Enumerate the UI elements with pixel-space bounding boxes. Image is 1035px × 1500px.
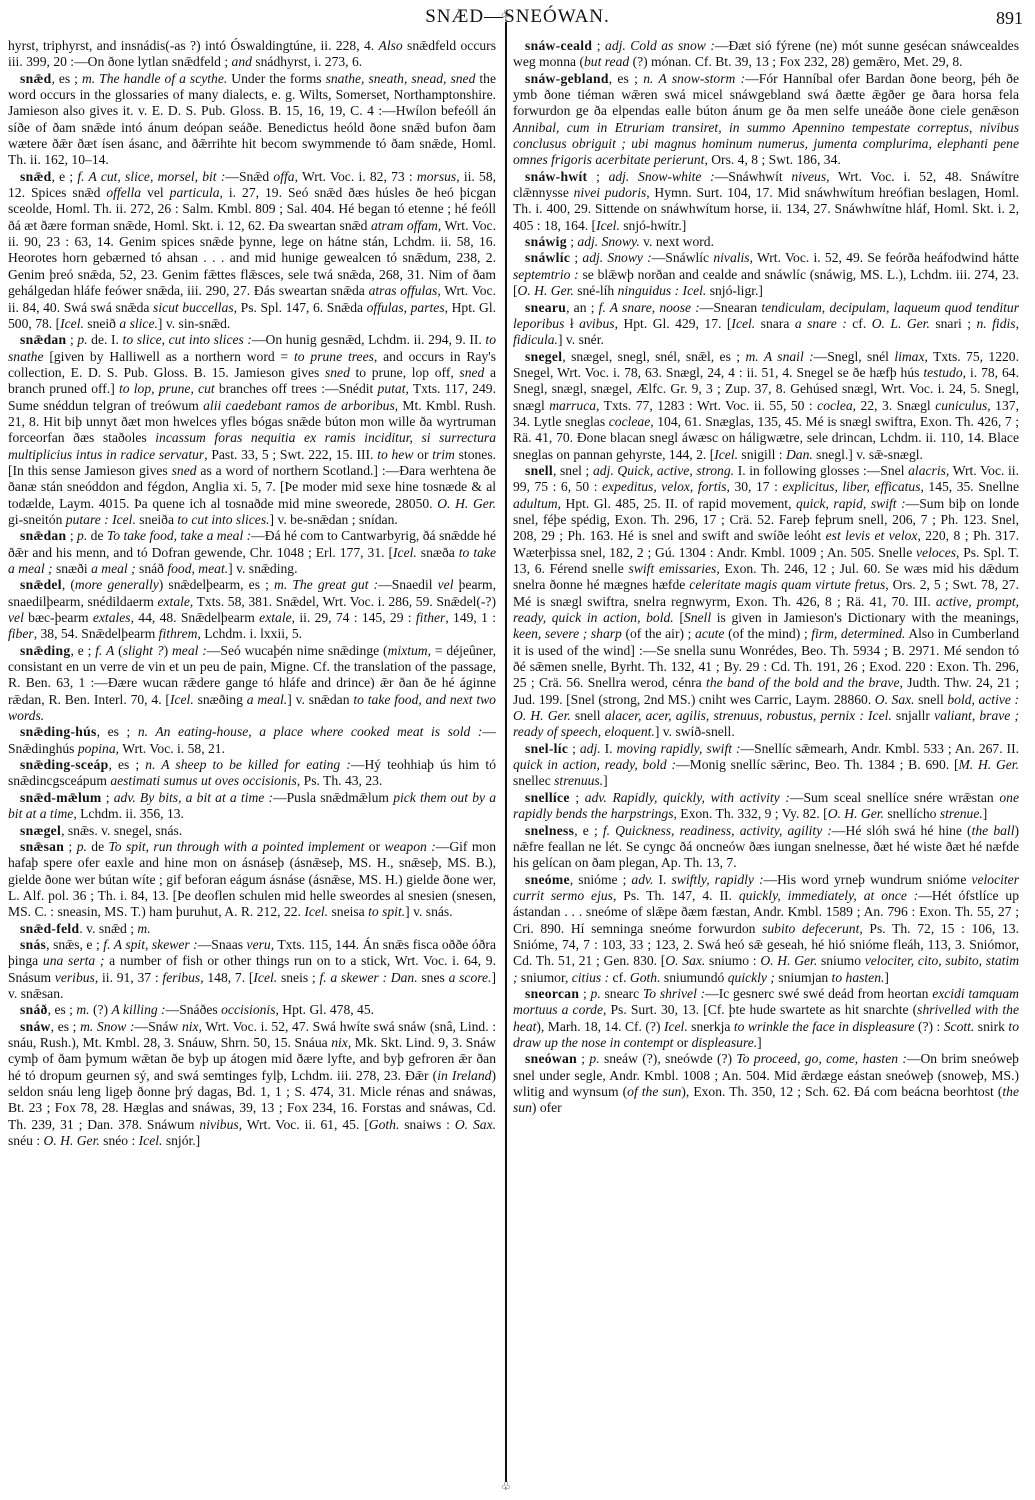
dictionary-entry: snǣdan ; p. de To take food, take a meal… (8, 528, 496, 577)
entry-text: ) ofer (532, 1100, 562, 1115)
headword: snǣd-feld (20, 921, 79, 936)
entry-text: alacer, acer, agilis, strenuus, robustus… (605, 708, 892, 723)
entry-text: p. (77, 839, 87, 854)
entry-text: to prune trees (294, 349, 374, 364)
entry-text: Also (379, 38, 403, 53)
dictionary-entry: snel-líc ; adj. I. moving rapidly, swift… (513, 741, 1019, 790)
entry-text: gi-sneitón (8, 512, 66, 527)
entry-text: una serta ; (43, 953, 105, 968)
dictionary-entry: snǣding-hús, es ; n. An eating-house, a … (8, 724, 496, 757)
entry-text: ; (570, 250, 582, 265)
dictionary-entry: hyrst, triphyrst, and insnádis(-as ?) in… (8, 38, 496, 71)
entry-text: n. A snow-storm : (643, 71, 745, 86)
entry-text: fithrem (159, 626, 198, 641)
dictionary-entry: snáwlíc ; adj. Snowy :—Snáwlíc nivalis, … (513, 250, 1019, 299)
entry-text: ninguidus : Icel. (618, 283, 707, 298)
entry-text: f. A spit, skewer : (103, 937, 197, 952)
entry-text: p. (591, 986, 601, 1001)
entry-text: —Sum sceal snellíce snére wrǣstan (790, 790, 999, 805)
entry-text: moving rapidly, swift : (616, 741, 740, 756)
dictionary-entry: snearu, an ; f. A snare, noose :—Snearan… (513, 300, 1019, 349)
entry-text: , Txts. 58, 381. Snǣdel, Wrt. Voc. i. 28… (190, 594, 496, 609)
entry-text: —Snáwlíc (652, 250, 714, 265)
entry-text: swiftly, rapidly : (671, 872, 763, 887)
entry-text: To take food, take a meal : (107, 528, 251, 543)
entry-text: swift emissaries (629, 561, 717, 576)
entry-text: to hew (377, 447, 413, 462)
entry-text: (?) : (915, 1019, 944, 1034)
headword: snáwig (525, 234, 567, 249)
entry-text: , es ; (609, 71, 644, 86)
entry-text: snathe, sneath, snead, sned (326, 71, 476, 86)
entry-text: O. H. Ger. (44, 1133, 100, 1148)
entry-text: citius : (572, 970, 609, 985)
entry-text: occisionis (221, 1002, 275, 1017)
entry-text: m. A snail : (745, 349, 813, 364)
entry-text: ] v. snér. (558, 332, 604, 347)
entry-text: offella (106, 185, 141, 200)
entry-text: sniumo : (705, 953, 760, 968)
entry-text: to prune, lop off, (350, 365, 460, 380)
entry-text: to cut into slices. (177, 512, 269, 527)
entry-text: m. (137, 921, 150, 936)
entry-text: alii caedebant ramos de arboribus (203, 398, 395, 413)
entry-text: , Txts. 77, 1283 : Wrt. Voc. ii. 55, 50 … (596, 398, 817, 413)
entry-text: a slice. (119, 316, 158, 331)
entry-text: m. Snow : (80, 1019, 134, 1034)
entry-text: Icel. (714, 447, 738, 462)
entry-text: —Snearan (700, 300, 762, 315)
entry-text: cocleae (609, 414, 651, 429)
entry-text: , Lchdm. i. lxxii, 5. (197, 626, 302, 641)
right-column: snáw-ceald ; adj. Cold as snow :—Ðæt sió… (513, 38, 1019, 1117)
entry-text: , Lchdm. ii. 356, 13. (73, 806, 184, 821)
dictionary-entry: snáð, es ; m. (?) A killing :—Snáðes occ… (8, 1002, 496, 1018)
entry-text: —Ic gesnerc swé swé deád from heortan (705, 986, 932, 1001)
ornament-icon: ♧ (500, 1480, 512, 1492)
dictionary-entry: snǣdel, (more generally) snǣdelþearm, es… (8, 577, 496, 642)
entry-text: sned (459, 365, 484, 380)
entry-text: ; (579, 986, 590, 1001)
entry-text: sneisa (328, 904, 368, 919)
entry-text: , Ps. Th. 147, 4. II. (613, 888, 739, 903)
entry-text: septemtrio : (513, 267, 579, 282)
entry-text: ), Exon. Th. 350, 12 ; Sch. 62. Ðá com b… (681, 1084, 1002, 1099)
entry-text: nix (182, 1019, 199, 1034)
entry-text: fiber (8, 626, 34, 641)
entry-text: sniumo (817, 953, 865, 968)
entry-text: putat (378, 381, 406, 396)
entry-text: snæðing (194, 692, 247, 707)
entry-text: atras offulas (369, 283, 438, 298)
entry-text: , es ; (109, 757, 146, 772)
entry-text: sicut buccellas (153, 300, 234, 315)
entry-text: snjór.] (162, 1133, 200, 1148)
entry-text: , 30, 17 : (727, 479, 783, 494)
column-divider (505, 22, 507, 1482)
entry-text: p. (77, 528, 87, 543)
entry-text: snirk (974, 1019, 1008, 1034)
entry-text: or (673, 1035, 691, 1050)
entry-text: O. H. Ger. (518, 283, 574, 298)
entry-text: snæða (417, 545, 459, 560)
entry-text: snjó-ligr.] (706, 283, 763, 298)
entry-text: O. Sax. (665, 953, 705, 968)
entry-text: ; (66, 332, 77, 347)
entry-text: ; (592, 38, 605, 53)
entry-text: Icel. (731, 316, 755, 331)
entry-text: ; (587, 169, 608, 184)
page-header: SNÆD—SNEÓWAN. 891 (0, 0, 1035, 30)
entry-text: ] v. snás. (405, 904, 452, 919)
dictionary-entry: snellíce ; adv. Rapidly, quickly, with a… (513, 790, 1019, 823)
entry-text: , Wrt. Voc. i. 52, 49. Se feórða heáfodw… (750, 250, 1019, 265)
entry-text: —Seó wucaþén nime snǣdinge ( (207, 643, 388, 658)
headword: snǣdan (20, 528, 66, 543)
entry-text: snjó-hwítr.] (620, 218, 686, 233)
entry-text: adv. By bits, a bit at a time : (114, 790, 273, 805)
dictionary-entry: snǣding-sceáp, es ; n. A sheep to be kil… (8, 757, 496, 790)
entry-text: ; (577, 1051, 589, 1066)
entry-text: to spit. (368, 904, 405, 919)
entry-text: , Ps. Th. 43, 23. (297, 773, 382, 788)
entry-text: , 44, 48. Snǣdelþearm (131, 610, 260, 625)
entry-text: snerkja (688, 1019, 734, 1034)
entry-text: Goth. (630, 970, 661, 985)
entry-text: To shrivel : (643, 986, 705, 1001)
entry-text: vel (8, 610, 24, 625)
headword: snǣd-mǣlum (20, 790, 102, 805)
entry-text: f. Quickness, readiness, activity, agili… (603, 823, 832, 838)
headword: snáw (20, 1019, 51, 1034)
entry-text: Icel. (170, 692, 194, 707)
entry-text: Icel. (253, 970, 277, 985)
entry-text: Icel. (139, 1133, 163, 1148)
column-rule: ♧ ♧ (505, 8, 507, 1486)
entry-text: a meal. (247, 692, 287, 707)
entry-text: , snel ; (553, 463, 593, 478)
entry-text: , Exon. Th. 332, 9 ; Vy. 82. [ (673, 806, 827, 821)
entry-text: nivibus (199, 1117, 238, 1132)
entry-text: snéo : (100, 1133, 139, 1148)
entry-text: I. (601, 741, 617, 756)
dictionary-entry: snǣsan ; p. de To spit, run through with… (8, 839, 496, 921)
entry-text: [ (674, 610, 684, 625)
entry-text: de. I. (88, 332, 123, 347)
entry-text: , snǣs. v. snegel, snás. (61, 823, 182, 838)
entry-text: sniumundó (661, 970, 728, 985)
entry-text: , Wrt. Voc. ii. 61, 45. [ (239, 1117, 369, 1132)
entry-text: , 149, 1 : (445, 610, 496, 625)
entry-text: f. A snare, noose : (599, 300, 700, 315)
entry-text: , an ; (566, 300, 599, 315)
headword: sneorcan (525, 986, 579, 1001)
entry-text: —Snellíc sǣmearh, Andr. Kmbl. 533 ; An. … (740, 741, 1019, 756)
headword: snǣding (20, 643, 70, 658)
entry-text: cf. (609, 970, 630, 985)
entry-text: To spit, run through with a pointed impl… (109, 839, 365, 854)
entry-text: morsus (417, 169, 456, 184)
entry-text: (of the mind) ; (724, 626, 811, 641)
entry-text: O. L. Ger. (872, 316, 930, 331)
entry-text: cuniculus (935, 398, 987, 413)
entry-text: O. Sax. (455, 1117, 496, 1132)
headword: snǣd (20, 71, 51, 86)
entry-text: adv. (631, 872, 653, 887)
entry-text: a snare : (795, 316, 847, 331)
entry-text: (?) mónan. Cf. Bt. 39, 13 ; Fox 232, 28)… (629, 54, 962, 69)
entry-text: , es ; (97, 724, 138, 739)
entry-text: , e ; (574, 823, 603, 838)
entry-text: sniumor, (518, 970, 572, 985)
entry-text: , 22, 3. Snægl (853, 398, 936, 413)
entry-text: ] v. snǣdan (287, 692, 353, 707)
entry-text: , es ; (51, 71, 82, 86)
dictionary-entry: snǣd, e ; f. A cut, slice, morsel, bit :… (8, 169, 496, 332)
entry-text: n. A sheep to be killed for eating : (145, 757, 351, 772)
entry-text: extale (259, 610, 291, 625)
entry-text: O. Sax. (875, 692, 915, 707)
entry-text: nivei pudoris (574, 185, 647, 200)
entry-text: meal : (172, 643, 207, 658)
entry-text: ] v. swíð-snell. (655, 724, 735, 739)
entry-text: —Hé slóh swá hé hine ( (832, 823, 972, 838)
headword: snellíce (525, 790, 570, 805)
entry-text: strenuus. (554, 773, 603, 788)
entry-text: alacris (908, 463, 946, 478)
dictionary-entry: snás, snǣs, e ; f. A spit, skewer :—Snaa… (8, 937, 496, 1002)
entry-text: , ii. 29, 74 : 145, 29 : (292, 610, 416, 625)
entry-text: or (413, 447, 432, 462)
headword: sneóme (525, 872, 570, 887)
entry-text: ] (757, 1035, 762, 1050)
entry-text: I. (653, 872, 671, 887)
entry-text: but read (584, 54, 629, 69)
entry-text: , snǣs, e ; (46, 937, 103, 952)
headword: snegel (525, 349, 562, 364)
entry-text: coclea (817, 398, 852, 413)
entry-text: ; (64, 839, 77, 854)
headword: snáw-gebland (525, 71, 609, 86)
entry-text: , Ps. Spl. 147, 6. Snǣda (234, 300, 367, 315)
entry-text: snell (915, 692, 948, 707)
entry-text: adj. (580, 741, 601, 756)
entry-text: m. The great gut : (274, 577, 378, 592)
entry-text: strenue. (940, 806, 983, 821)
entry-text: , Wrt. Voc. i. 58, 21. (116, 741, 225, 756)
left-column: hyrst, triphyrst, and insnádis(-as ?) in… (8, 38, 496, 1149)
entry-text: snegl.] v. sǣ-snægl. (813, 447, 923, 462)
entry-text: sniumjan (775, 970, 832, 985)
entry-text: adj. Snow-white : (609, 169, 715, 184)
entry-text: , e ; (70, 643, 95, 658)
headword: snǣdan (20, 332, 66, 347)
entry-text: quick, rapid, swift : (796, 496, 906, 511)
entry-text: offa (273, 169, 294, 184)
entry-text: de (87, 528, 107, 543)
entry-text: f. a skewer : Dan. (319, 970, 417, 985)
entry-text: , es ; (51, 1019, 80, 1034)
entry-text: —Snáðes (166, 1002, 222, 1017)
entry-text: ] (983, 806, 988, 821)
entry-text: ; (567, 234, 578, 249)
entry-text: —Snaedil (378, 577, 437, 592)
entry-text: Goth. (369, 1117, 400, 1132)
entry-text: I. in following glosses :—Snel (734, 463, 908, 478)
entry-text: , snægel, snegl, snél, snǣl, es ; (562, 349, 745, 364)
entry-text: or (364, 839, 384, 854)
entry-text: snaiws : (399, 1117, 455, 1132)
entry-text: ; (568, 741, 580, 756)
entry-text: sned (325, 365, 350, 380)
headword: snǣdel (20, 577, 62, 592)
headword: sneówan (525, 1051, 577, 1066)
entry-text: Icel. (664, 1019, 688, 1034)
entry-text: de (87, 839, 109, 854)
entry-text: fither (416, 610, 445, 625)
entry-text: and (232, 54, 252, 69)
entry-text: , e ; (51, 169, 77, 184)
entry-text: Scott. (944, 1019, 975, 1034)
entry-text: the band of the bold and the brave (706, 675, 899, 690)
headword: snǣd (20, 169, 51, 184)
entry-text: adj. Snowy. (577, 234, 639, 249)
dictionary-entry: sneówan ; p. sneáw (?), sneówde (?) To p… (513, 1051, 1019, 1116)
entry-text: a meal ; (91, 561, 136, 576)
entry-text: , snióme ; (570, 872, 632, 887)
entry-text: ł (564, 316, 579, 331)
dictionary-entry: sneóme, snióme ; adv. I. swiftly, rapidl… (513, 872, 1019, 986)
entry-text: quickly, immediately, at once : (739, 888, 918, 903)
entry-text: slight ? (123, 643, 164, 658)
entry-text: sneiða (136, 512, 178, 527)
dictionary-entry: snægel, snǣs. v. snegel, snás. (8, 823, 496, 839)
entry-text: firm, determined. (811, 626, 905, 641)
entry-text: , es ; (48, 1002, 77, 1017)
entry-text: snellícho (884, 806, 940, 821)
dictionary-entry: snǣd-mǣlum ; adv. By bits, a bit at a ti… (8, 790, 496, 823)
entry-text: more generally (75, 577, 159, 592)
entry-text: ; (66, 528, 77, 543)
entry-text: ) snǣdelþearm, es ; (159, 577, 274, 592)
entry-text: snæði (53, 561, 92, 576)
entry-text: celeritate magis quam virtute fretus (689, 577, 885, 592)
entry-text: (of the air) ; (622, 626, 695, 641)
entry-text: expeditus, velox, fortis (602, 479, 727, 494)
entry-text: snádhyrst, i. 273, 6. (252, 54, 362, 69)
headword: snáð (20, 1002, 48, 1017)
entry-text: to wrinkle the face in displeasure (734, 1019, 915, 1034)
dictionary-entry: snǣd-feld. v. snǣd ; m. (8, 921, 496, 937)
headword: snelness (525, 823, 574, 838)
entry-text: adj. Snowy : (582, 250, 651, 265)
headword: snell (525, 463, 553, 478)
entry-text: Under the forms (227, 71, 325, 86)
dictionary-entry: snáwig ; adj. Snowy. v. next word. (513, 234, 1019, 250)
headword: snel-líc (525, 741, 568, 756)
entry-text: Icel. (304, 904, 328, 919)
entry-text: ; (570, 790, 585, 805)
entry-text: ) (164, 643, 172, 658)
entry-text: ), Marh. 18, 14. Cf. (?) (536, 1019, 664, 1034)
entry-text: —Snáwhwít (715, 169, 792, 184)
entry-text: to lop, prune, cut (119, 381, 215, 396)
entry-text: . v. snǣd ; (79, 921, 137, 936)
entry-text: displeasure. (692, 1035, 758, 1050)
dictionary-entry: snáw, es ; m. Snow :—Snáw nix, Wrt. Voc.… (8, 1019, 496, 1150)
entry-text: aestimati sumus ut oves occisionis (110, 773, 297, 788)
entry-text: niveus (791, 169, 826, 184)
entry-text: , Ps. Surt. 30, 13. [Cf. þte hude swarte… (603, 1002, 917, 1017)
entry-text: hyrst, triphyrst, and insnádis(-as ?) in… (8, 38, 379, 53)
entry-text: snellec (513, 773, 554, 788)
entry-text: quickly ; (728, 970, 775, 985)
entry-text: —On hunig gesnǣd, Lchdm. ii. 294, 9. II. (252, 332, 485, 347)
entry-text: keen, severe ; sharp (513, 626, 622, 641)
entry-text: feribus (162, 970, 200, 985)
entry-text: extales (93, 610, 131, 625)
entry-text: to hasten. (832, 970, 885, 985)
entry-text: snáð (136, 561, 168, 576)
entry-text: —Monig snellíc sǣrinc, Beo. Th. 1384 ; B… (676, 757, 958, 772)
entry-text: est levis et velox (826, 528, 918, 543)
entry-text: a score. (449, 970, 492, 985)
entry-text: O. H. Ger. (828, 806, 884, 821)
dictionary-entry: snelness, e ; f. Quickness, readiness, a… (513, 823, 1019, 872)
entry-text: n. An eating-house, a place where cooked… (138, 724, 483, 739)
page-number: 891 (996, 8, 1023, 29)
entry-text: snigill : (738, 447, 786, 462)
entry-text: adultum (513, 496, 558, 511)
dictionary-entry: snáw-gebland, es ; n. A snow-storm :—Fór… (513, 71, 1019, 169)
dictionary-entry: snáw-ceald ; adj. Cold as snow :—Ðæt sió… (513, 38, 1019, 71)
entry-text: adv. Rapidly, quickly, with activity : (585, 790, 790, 805)
entry-text: , Ors. 4, 8 ; Swt. 186, 34. (704, 152, 840, 167)
entry-text: adj. Quick, active, strong. (593, 463, 734, 478)
entry-text: snell (571, 708, 605, 723)
entry-text: weapon : (385, 839, 436, 854)
entry-text: f. A cut, slice, morsel, bit : (77, 169, 225, 184)
entry-text: —Snǣd (225, 169, 273, 184)
entry-text: vel (438, 577, 454, 592)
entry-text: snjallr (892, 708, 934, 723)
entry-text: , Hpt. Gl. 478, 45. (275, 1002, 374, 1017)
entry-text: Snell (684, 610, 711, 625)
entry-text: Dan. (786, 447, 813, 462)
headword: snáw-hwít (525, 169, 587, 184)
entry-text: avibus (579, 316, 615, 331)
entry-text: adj. Cold as snow : (605, 38, 715, 53)
entry-text: —Snáw (135, 1019, 182, 1034)
entry-text: to slice, cut into slices : (123, 332, 252, 347)
entry-text: , Hpt. Gl. 485, 25. II. of rapid movemen… (558, 496, 796, 511)
dictionary-entry: snell, snel ; adj. Quick, active, strong… (513, 463, 1019, 741)
entry-text: —His word yrneþ wundrum snióme (764, 872, 972, 887)
entry-text: quick in action, ready, bold : (513, 757, 676, 772)
entry-text: limax (894, 349, 924, 364)
entry-text: trim (432, 447, 455, 462)
entry-text: snes (418, 970, 449, 985)
entry-text: bæc-þearm (24, 610, 93, 625)
entry-text: m. (76, 1002, 89, 1017)
entry-text: p. (77, 332, 87, 347)
headword: snearu (525, 300, 566, 315)
entry-text: sné-líh (574, 283, 618, 298)
headword: snǣding-sceáp (20, 757, 109, 772)
entry-text: snari ; (930, 316, 977, 331)
entry-text: Icel. (596, 218, 620, 233)
entry-text: is given in Jamieson's Dictionary with t… (711, 610, 1019, 625)
